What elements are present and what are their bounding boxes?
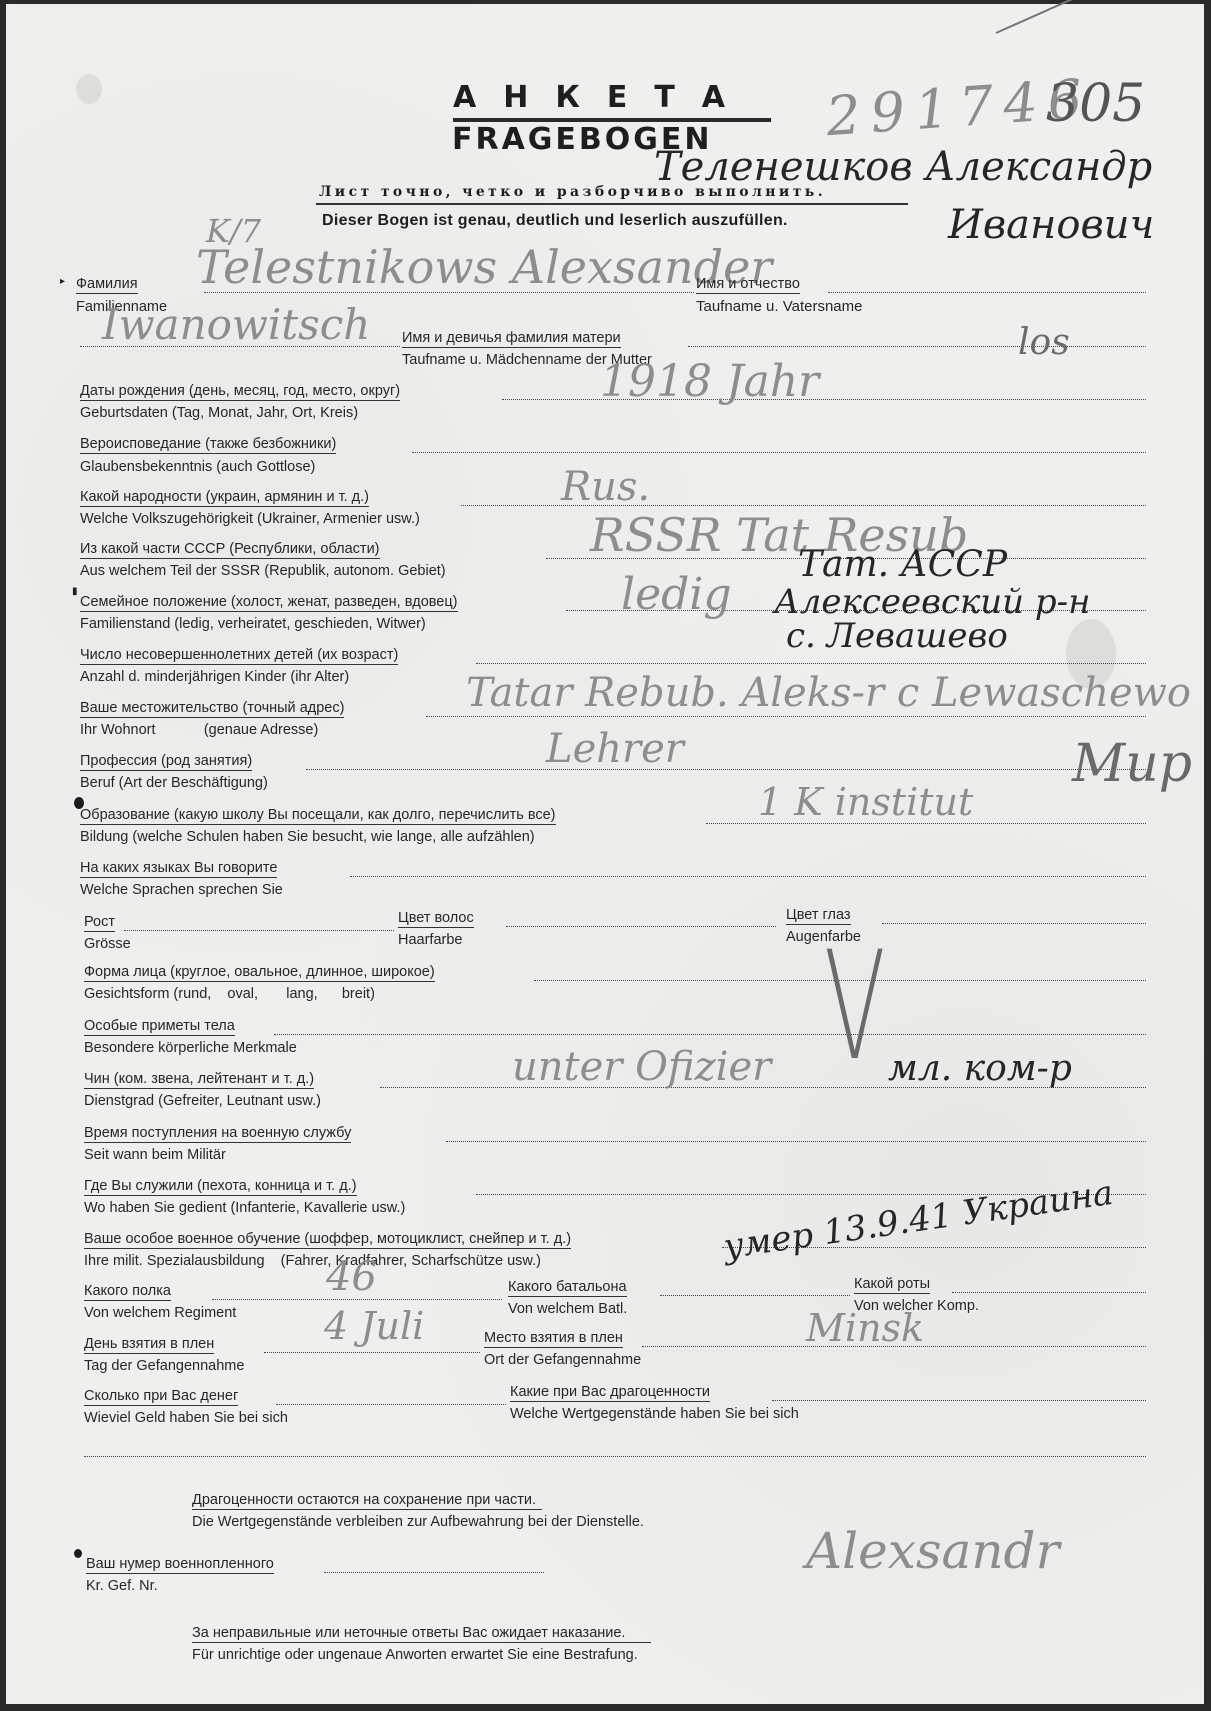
service-input-line[interactable] xyxy=(446,1141,1146,1142)
battalion-input-line[interactable] xyxy=(660,1295,850,1296)
label-hair-de: Haarfarbe xyxy=(398,932,462,949)
label-pow-number-ru: Ваш нумер военнопленного xyxy=(86,1556,274,1574)
religion-input-line[interactable] xyxy=(412,452,1146,453)
value-birth: 1918 Jahr xyxy=(600,356,819,407)
label-training-ru: Ваше особое военное обучение (шоффер, мо… xyxy=(84,1231,571,1249)
birth-input-line[interactable] xyxy=(502,399,1146,400)
label-firstname-ru: Имя и отчество xyxy=(696,276,800,294)
label-battalion-ru: Какого батальона xyxy=(508,1279,627,1297)
label-regiment-de: Von welchem Regiment xyxy=(84,1305,236,1322)
label-languages-ru: На каких языках Вы говорите xyxy=(80,860,277,878)
label-birth-de: Geburtsdaten (Tag, Monat, Jahr, Ort, Kre… xyxy=(80,405,358,422)
notice-valuables-de: Die Wertgegenstände verbleiben zur Aufbe… xyxy=(192,1514,644,1531)
handwritten-name-cyrillic: Теленешков Александр xyxy=(654,144,1152,190)
capture-day-input-line[interactable] xyxy=(264,1352,480,1353)
value-capture-day: 4 Juli xyxy=(324,1304,424,1348)
label-residence-ru: Ваше местожительство (точный адрес) xyxy=(80,700,344,718)
signature: Alexsandr xyxy=(806,1522,1059,1580)
label-education-ru: Образование (какую школу Вы посещали, ка… xyxy=(80,807,556,825)
marks-input-line[interactable] xyxy=(274,1034,1146,1035)
pow-number-input-line[interactable] xyxy=(324,1572,544,1573)
valuables-input-line[interactable] xyxy=(772,1400,1146,1401)
value-region-ru: Тат. АССР xyxy=(798,544,1007,585)
money-input-line[interactable] xyxy=(276,1404,506,1405)
value-family-ru2: с. Левашево xyxy=(786,616,1008,656)
residence-input-line[interactable] xyxy=(426,716,1146,717)
handwritten-mother-mark: los xyxy=(1018,322,1070,363)
value-rank-ru: мл. ком-р xyxy=(888,1048,1072,1089)
label-family-ru: Семейное положение (холост, женат, разве… xyxy=(80,594,458,612)
label-valuables-de: Welche Wertgegenstände haben Sie bei sic… xyxy=(510,1406,799,1423)
value-regiment: 46 xyxy=(326,1254,377,1300)
label-marks-ru: Особые приметы тела xyxy=(84,1018,235,1036)
hair-input-line[interactable] xyxy=(506,926,776,927)
label-rank-de: Dienstgrad (Gefreiter, Leutnant usw.) xyxy=(84,1093,321,1110)
value-rank: unter Ofizier xyxy=(512,1044,771,1090)
notice-valuables-ru: Драгоценности остаются на сохранение при… xyxy=(192,1492,542,1510)
label-firstname-de: Taufname u. Vatersname xyxy=(696,298,862,315)
label-religion-de: Glaubensbekenntnis (auch Gottlose) xyxy=(80,459,315,476)
label-rank-ru: Чин (ком. звена, лейтенант и т. д.) xyxy=(84,1071,314,1089)
patronymic-input-line[interactable] xyxy=(80,346,400,347)
label-birth-ru: Даты рождения (день, месяц, год, место, … xyxy=(80,383,400,401)
height-input-line[interactable] xyxy=(124,930,394,931)
children-input-line[interactable] xyxy=(476,663,1146,664)
label-service-ru: Время поступления на военную службу xyxy=(84,1125,351,1143)
bullet-mark: ▮ xyxy=(72,586,78,597)
label-surname-ru: Фамилия xyxy=(76,276,138,294)
label-capture-place-de: Ort der Gefangennahme xyxy=(484,1352,641,1369)
label-marks-de: Besondere körperliche Merkmale xyxy=(84,1040,297,1057)
label-nationality-ru: Какой народности (украин, армянин и т. д… xyxy=(80,489,369,507)
instruction-divider xyxy=(316,203,908,205)
questionnaire-page: АНКЕТА FRAGEBOGEN Лист точно, четко и ра… xyxy=(6,4,1204,1704)
label-branch-ru: Где Вы служили (пехота, конница и т. д.) xyxy=(84,1178,357,1196)
label-region-de: Aus welchem Teil der SSSR (Republik, aut… xyxy=(80,563,446,580)
firstname-input-line[interactable] xyxy=(828,292,1146,293)
languages-input-line[interactable] xyxy=(350,876,1146,877)
label-money-ru: Сколько при Вас денег xyxy=(84,1388,238,1406)
value-first-patronymic: Iwanowitsch xyxy=(102,300,370,349)
label-company-ru: Какой роты xyxy=(854,1276,930,1294)
label-training-de: Ihre milit. Spezialausbildung (Fahrer, K… xyxy=(84,1253,541,1270)
value-surname: Telestnikows Alexsander xyxy=(196,240,772,294)
label-capture-day-de: Tag der Gefangennahme xyxy=(84,1358,244,1375)
label-face-ru: Форма лица (круглое, овальное, длинное, … xyxy=(84,964,435,982)
value-family: ledig xyxy=(621,569,732,620)
label-pow-number-de: Kr. Gef. Nr. xyxy=(86,1578,158,1595)
label-family-de: Familienstand (ledig, verheiratet, gesch… xyxy=(80,616,426,633)
mother-input-line[interactable] xyxy=(688,346,1146,347)
instruction-de: Dieser Bogen ist genau, deutlich und les… xyxy=(322,212,788,230)
handwritten-patronymic-cyrillic: Иванович xyxy=(948,202,1154,248)
label-regiment-ru: Какого полка xyxy=(84,1283,171,1301)
value-profession: Lehrer xyxy=(546,726,684,772)
label-height-ru: Рост xyxy=(84,914,115,932)
value-education: 1 K institut xyxy=(758,780,973,824)
value-training: умер 13.9.41 Украина xyxy=(721,1173,1115,1267)
eyes-input-line[interactable] xyxy=(882,923,1146,924)
label-residence-de: Ihr Wohnort (genaue Adresse) xyxy=(80,722,318,739)
bullet-mark: ▸ xyxy=(60,276,65,287)
label-religion-ru: Вероисповедание (также безбожники) xyxy=(80,436,336,454)
value-nationality: Rus. xyxy=(561,464,650,510)
label-hair-ru: Цвет волос xyxy=(398,910,474,928)
valuables-input-line-2[interactable] xyxy=(84,1456,1146,1457)
paper-stain xyxy=(76,74,102,104)
label-region-ru: Из какой части СССР (Республики, области… xyxy=(80,541,380,559)
notice-penalty-de: Für unrichtige oder ungenaue Anworten er… xyxy=(192,1647,638,1664)
label-money-de: Wieviel Geld haben Sie bei sich xyxy=(84,1410,288,1427)
label-branch-de: Wo haben Sie gedient (Infanterie, Kavall… xyxy=(84,1200,405,1217)
ink-blot xyxy=(74,1549,82,1558)
label-education-de: Bildung (welche Schulen haben Sie besuch… xyxy=(80,829,535,846)
label-profession-ru: Профессия (род занятия) xyxy=(80,753,252,771)
handwritten-side-initial: Мир xyxy=(1072,734,1192,794)
label-languages-de: Welche Sprachen sprechen Sie xyxy=(80,882,283,899)
label-capture-day-ru: День взятия в плен xyxy=(84,1336,214,1354)
label-children-de: Anzahl d. minderjährigen Kinder (ihr Alt… xyxy=(80,669,349,686)
label-mother-ru: Имя и девичья фамилия матери xyxy=(402,330,621,348)
handwritten-number-overwrite: 305 xyxy=(1046,74,1145,134)
label-capture-place-ru: Место взятия в плен xyxy=(484,1330,623,1348)
check-mark: V xyxy=(824,920,886,1094)
profession-input-line[interactable] xyxy=(306,769,1146,770)
notice-penalty-ru: За неправильные или неточные ответы Вас … xyxy=(192,1625,651,1643)
diagonal-pencil-stroke xyxy=(996,0,1207,34)
label-nationality-de: Welche Volkszugehörigkeit (Ukrainer, Arm… xyxy=(80,511,420,528)
label-children-ru: Число несовершеннолетних детей (их возра… xyxy=(80,647,398,665)
label-valuables-ru: Какие при Вас драгоценности xyxy=(510,1384,710,1402)
label-height-de: Grösse xyxy=(84,936,131,953)
label-profession-de: Beruf (Art der Beschäftigung) xyxy=(80,775,268,792)
value-capture-place: Minsk xyxy=(806,1306,924,1350)
label-face-de: Gesichtsform (rund, oval, lang, breit) xyxy=(84,986,375,1003)
value-residence: Tatar Rebub. Aleks-r c Lewaschewo xyxy=(466,670,1191,716)
label-service-de: Seit wann beim Militär xyxy=(84,1147,226,1164)
form-title-ru: АНКЕТА xyxy=(453,80,752,115)
company-input-line[interactable] xyxy=(952,1292,1146,1293)
label-battalion-de: Von welchem Batl. xyxy=(508,1301,627,1318)
